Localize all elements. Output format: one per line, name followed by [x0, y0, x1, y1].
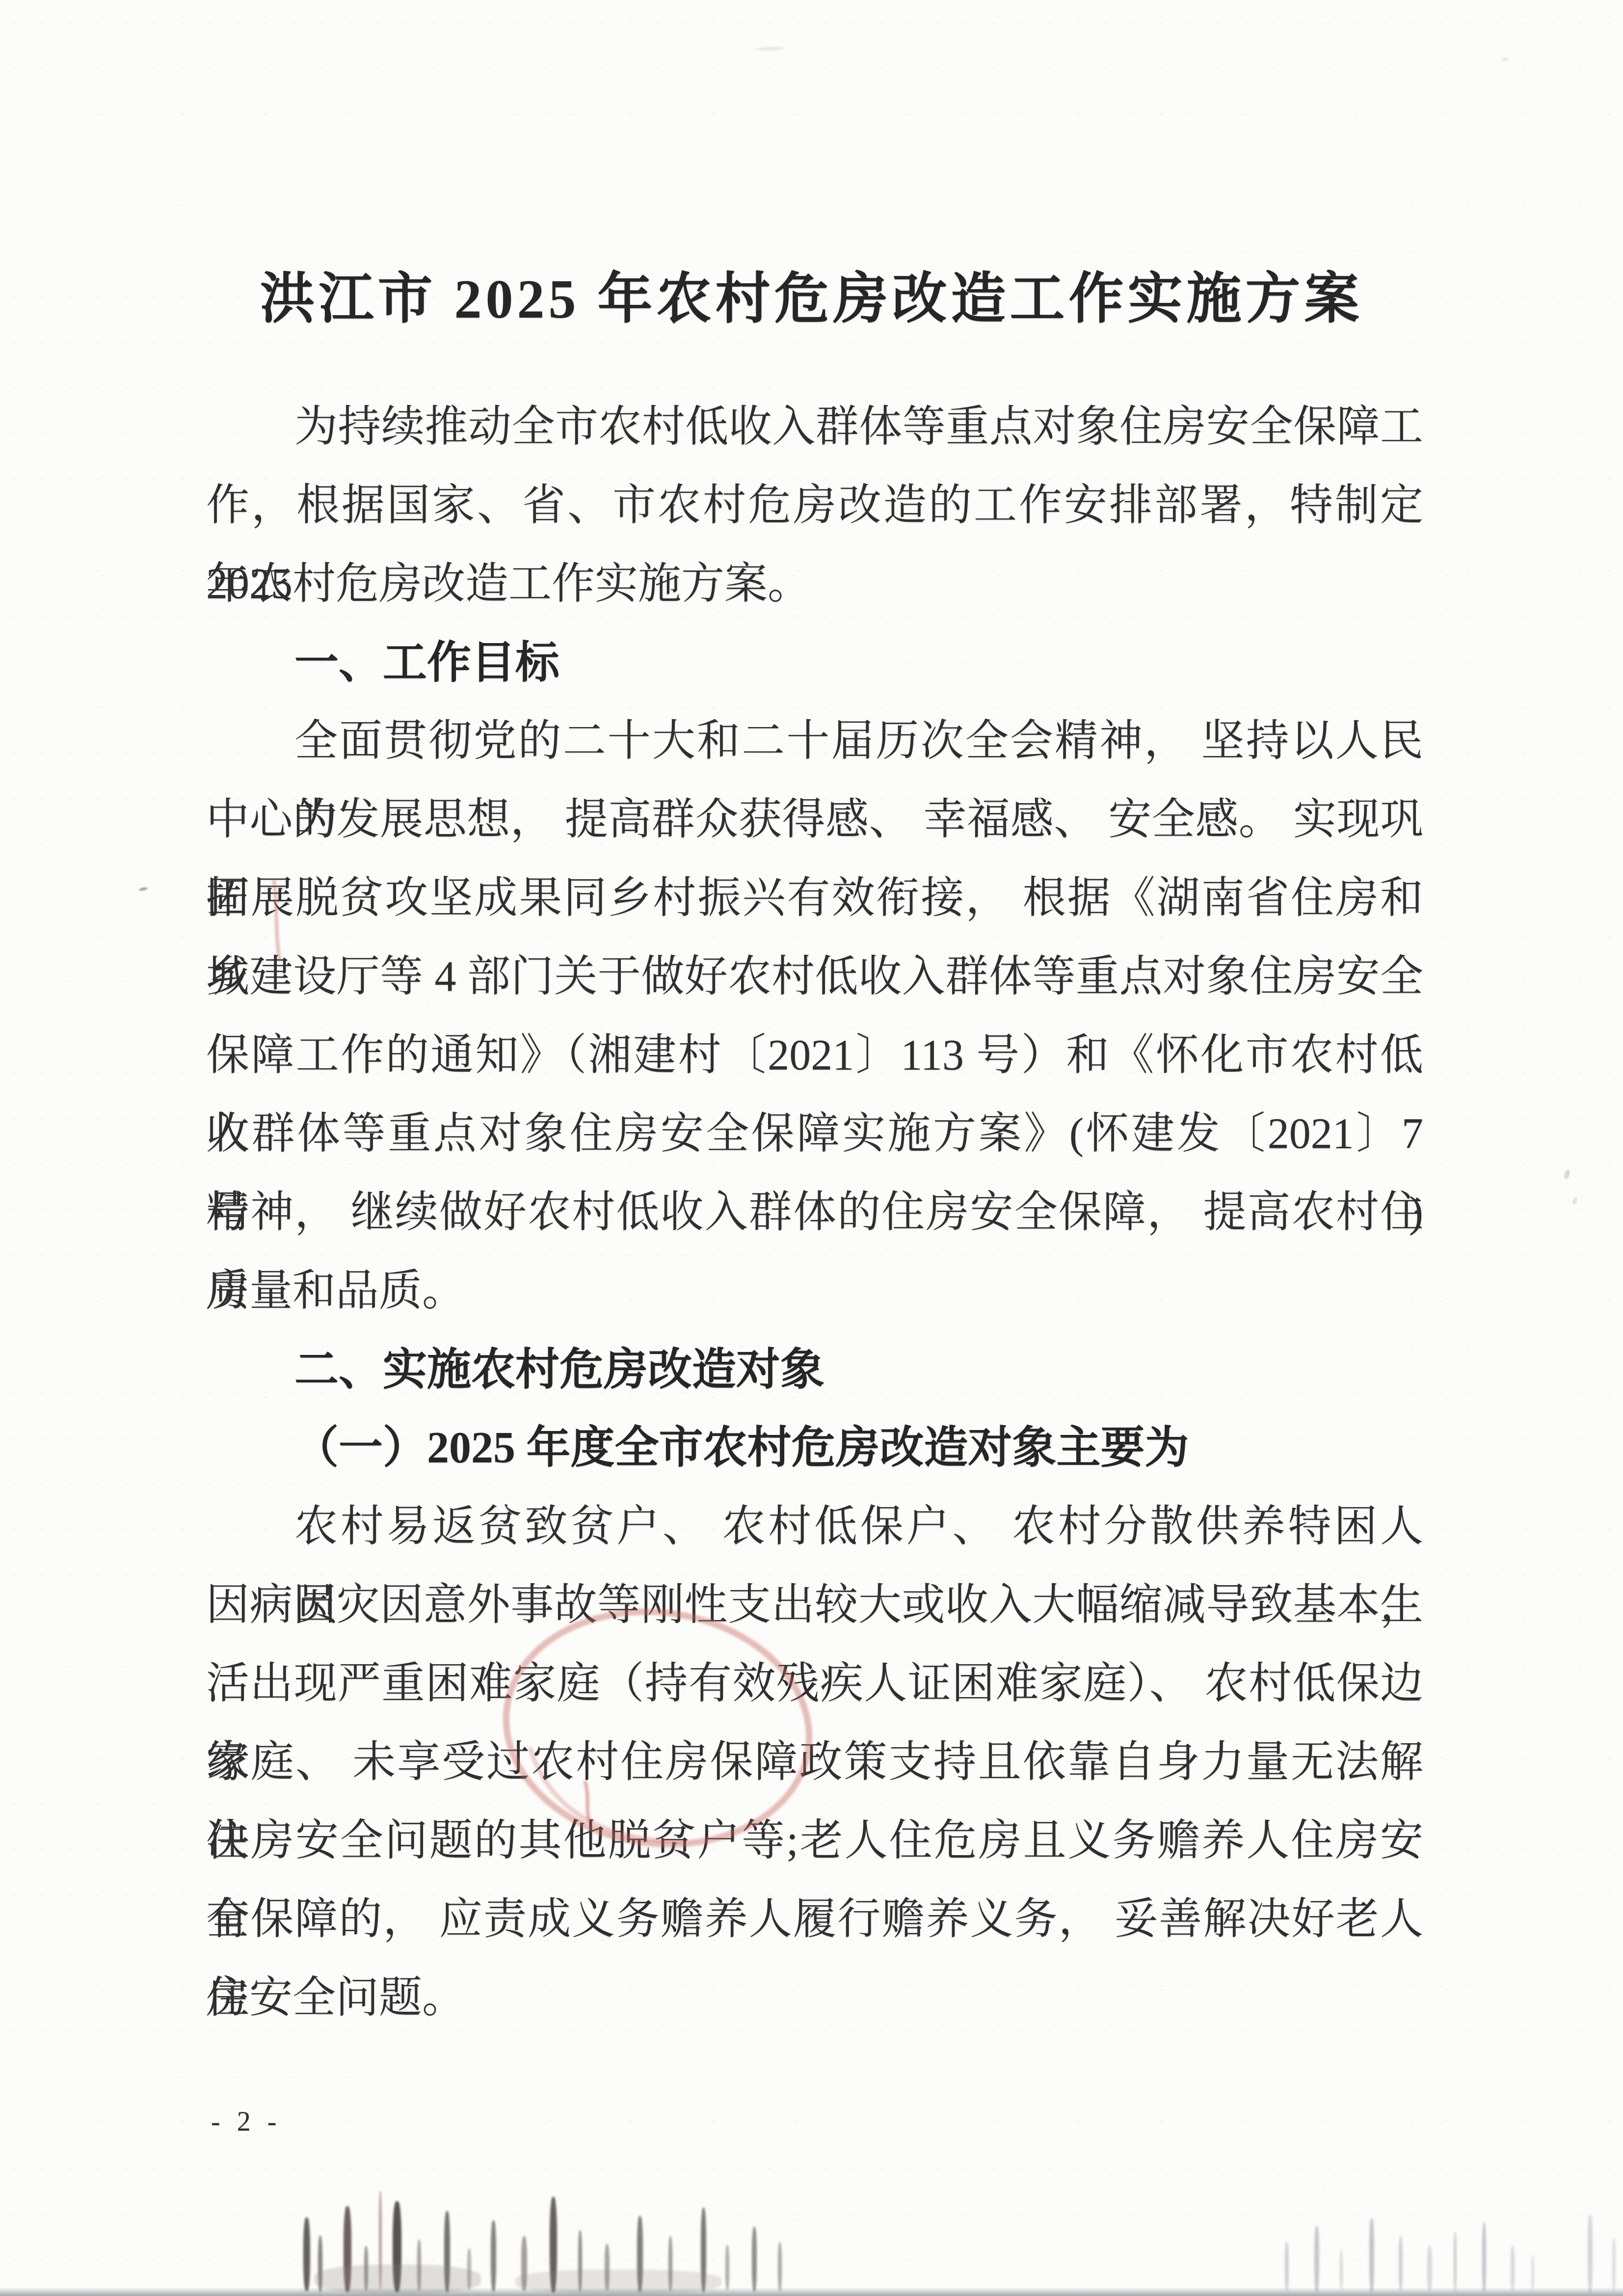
text-line: 质量和品质。 — [206, 1252, 1423, 1330]
scan-speck — [139, 887, 148, 891]
text-line: 住房安全问题的其他脱贫户等;老人住危房且义务赡养人住房安全 — [206, 1802, 1423, 1880]
scan-smudge — [303, 2217, 310, 2291]
text-line: 因病因灾因意外事故等刚性支出较大或收入大幅缩减导致基本生 — [206, 1566, 1423, 1645]
text-line: 为持续推动全市农村低收入群体等重点对象住房安全保障工 — [206, 388, 1423, 466]
scan-smudge — [1612, 2238, 1616, 2292]
scan-smudge — [778, 2242, 782, 2291]
text-line: 有保障的， 应责成义务赡养人履行赡养义务， 妥善解决好老人住 — [206, 1880, 1423, 1959]
scan-smudge — [1340, 2250, 1343, 2290]
document-body: 为持续推动全市农村低收入群体等重点对象住房安全保障工作，根据国家、省、市农村危房… — [206, 388, 1423, 2037]
scan-smudge — [725, 2245, 729, 2290]
text-line: （一）2025 年度全市农村危房改造对象主要为 — [206, 1409, 1423, 1487]
scan-smudge — [515, 2269, 721, 2294]
text-line: 家庭、 未享受过农村住房保障政策支持且依靠自身力量无法解决 — [206, 1723, 1423, 1802]
text-line: 拓展脱贫攻坚成果同乡村振兴有效衔接， 根据《湖南省住房和城 — [206, 859, 1423, 938]
text-line: 一、工作目标 — [206, 623, 1423, 702]
scan-smudge — [1399, 2236, 1403, 2291]
scan-smudge — [1369, 2218, 1374, 2292]
text-line: 中心的发展思想， 提高群众获得感、 幸福感、 安全感。 实现巩固 — [206, 781, 1423, 859]
text-line: 农村易返贫致贫户、 农村低保户、 农村分散供养特困人员， — [206, 1487, 1423, 1566]
text-line: 入群体等重点对象住房安全保障实施方案》(怀建发〔2021〕7 号) — [206, 1095, 1423, 1173]
scan-smudge — [1454, 2232, 1457, 2292]
scan-speck — [1564, 1169, 1571, 1180]
text-line: 全面贯彻党的二十大和二十届历次全会精神， 坚持以人民为 — [206, 702, 1423, 781]
document-title: 洪江市 2025 年农村危房改造工作实施方案 — [0, 268, 1623, 331]
text-line: 二、实施农村危房改造对象 — [206, 1330, 1423, 1409]
text-line: 乡建设厅等 4 部门关于做好农村低收入群体等重点对象住房安全 — [206, 938, 1423, 1016]
text-line: 保障工作的通知》（湘建村〔2021〕113 号）和《怀化市农村低收 — [206, 1016, 1423, 1095]
text-line: 作，根据国家、省、市农村危房改造的工作安排部署，特制定 2025 — [206, 466, 1423, 545]
scan-smudge — [1511, 2246, 1515, 2291]
scan-smudge — [1285, 2242, 1289, 2291]
scan-smudge — [1482, 2222, 1486, 2292]
text-line: 房安全问题。 — [206, 1959, 1423, 2037]
scan-smudge — [1588, 2215, 1593, 2293]
scan-edge-shadow — [0, 2288, 1623, 2296]
page-number: - 2 - — [211, 2106, 281, 2137]
scan-smudge — [1314, 2226, 1319, 2292]
text-line: 精神， 继续做好农村低收入群体的住房安全保障， 提高农村住房 — [206, 1173, 1423, 1252]
scanned-document-page: 洪江市 2025 年农村危房改造工作实施方案 为持续推动全市农村低收入群体等重点… — [0, 0, 1623, 2296]
scan-speck — [756, 46, 785, 51]
scan-smudge — [1531, 2255, 1534, 2290]
text-line: 年农村危房改造工作实施方案。 — [206, 545, 1423, 623]
scan-smudge — [1427, 2246, 1432, 2291]
scan-smudge — [314, 2265, 481, 2294]
scan-smudge — [491, 2220, 496, 2292]
text-line: 活出现严重困难家庭（持有效残疾人证困难家庭）、 农村低保边缘 — [206, 1645, 1423, 1723]
scan-speck — [1502, 58, 1509, 61]
scan-speck — [1572, 1196, 1578, 1205]
scan-smudge — [752, 2227, 757, 2292]
